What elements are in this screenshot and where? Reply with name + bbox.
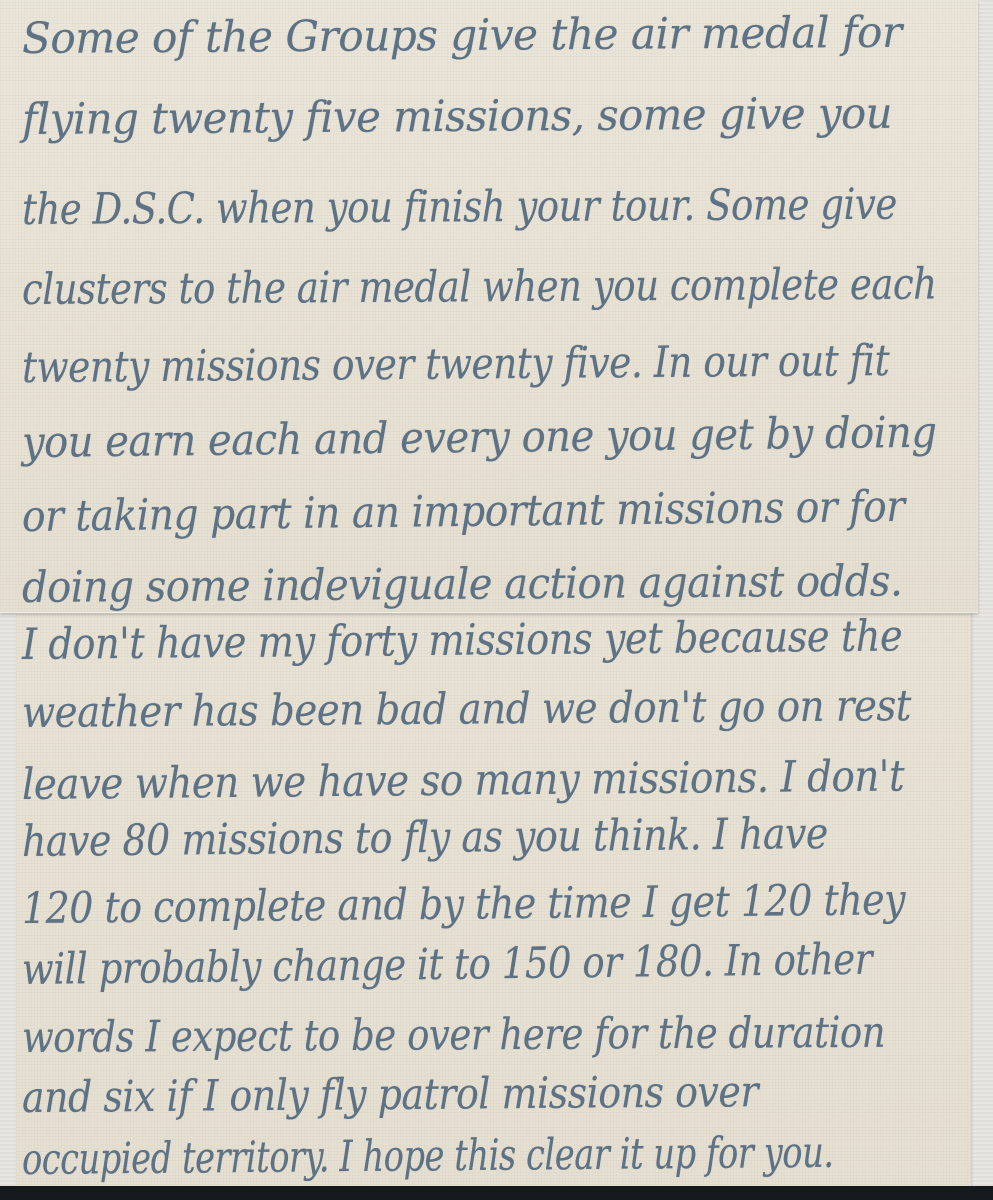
letter-line: the D.S.C. when you finish your tour. So… <box>22 180 897 235</box>
handwritten-letter-text: Some of the Groups give the air medal fo… <box>0 0 993 1200</box>
letter-line: flying twenty five missions, some give y… <box>22 89 892 145</box>
letter-line: occupied territory. I hope this clear it… <box>22 1128 834 1185</box>
letter-line: doing some indeviguale action against od… <box>22 556 903 613</box>
letter-line: you earn each and every one you get by d… <box>22 408 937 468</box>
letter-line: clusters to the air medal when you compl… <box>22 259 937 315</box>
letter-line: leave when we have so many missions. I d… <box>22 751 905 810</box>
letter-line: I don't have my forty missions yet becau… <box>22 611 903 670</box>
letter-line: 120 to complete and by the time I get 12… <box>22 875 905 934</box>
letter-line: weather has been bad and we don't go on … <box>22 681 911 738</box>
letter-line: words I expect to be over here for the d… <box>22 1008 885 1063</box>
letter-line: Some of the Groups give the air medal fo… <box>22 8 902 64</box>
frame-edge <box>0 1186 993 1200</box>
letter-line: and six if I only fly patrol missions ov… <box>22 1067 758 1123</box>
letter-line: twenty missions over twenty five. In our… <box>22 336 890 393</box>
letter-line: or taking part in an important missions … <box>22 482 905 542</box>
letter-line: will probably change it to 150 or 180. I… <box>22 935 872 995</box>
letter-line: have 80 missions to fly as you think. I … <box>22 809 828 867</box>
